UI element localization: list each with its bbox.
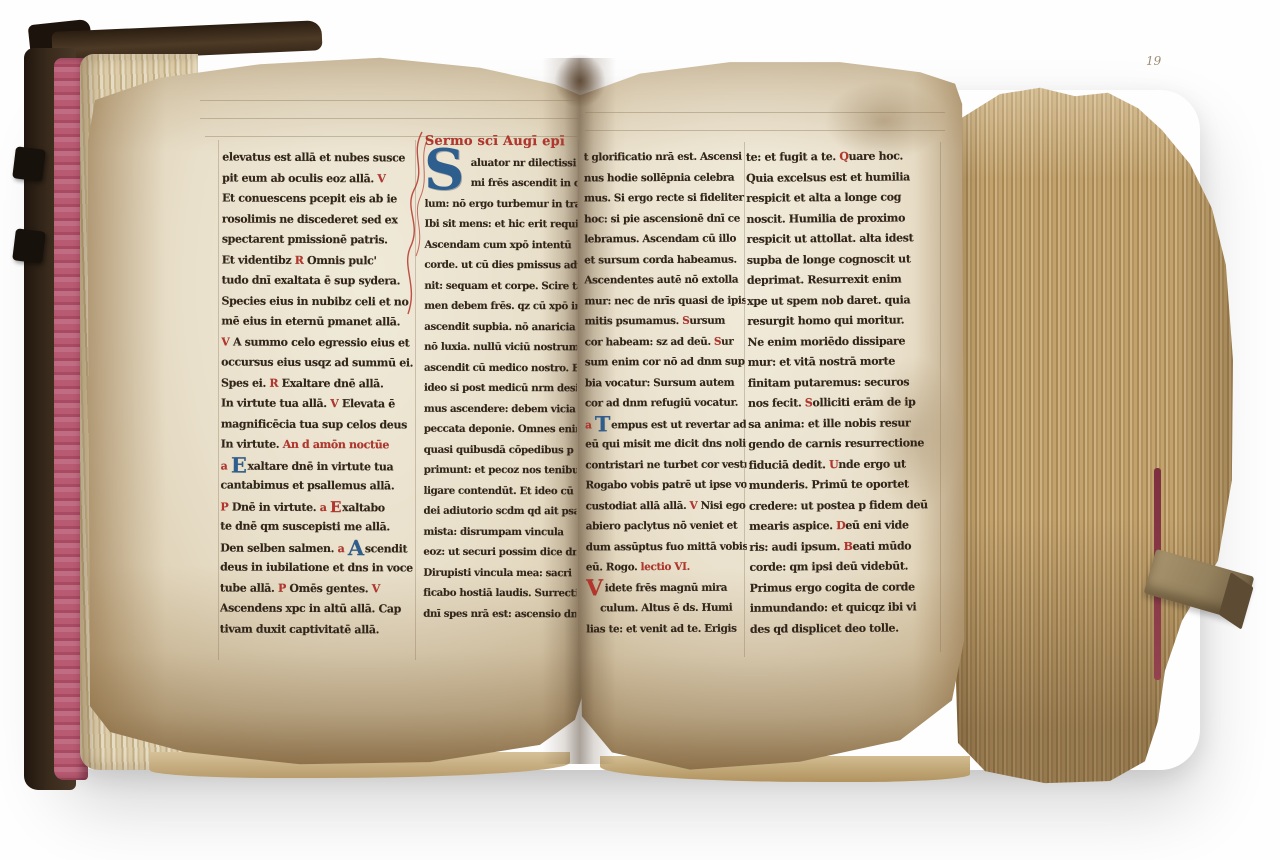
ink-text: nit: sequam et corpe. Scire ta (424, 279, 578, 292)
ink-text: Ascendens xpc in altū allā. Cap (220, 601, 401, 615)
ink-text: Species eius in nubibz celi et no (221, 294, 408, 308)
manuscript-text-line: rosolimis ne discederet sed ex (222, 209, 416, 231)
manuscript-text-line: te: et fugit a te. Quare hoc. (746, 146, 938, 168)
manuscript-text-line: abiero paclytus nō veniet et (586, 516, 747, 537)
rubric-text: D (836, 519, 845, 532)
ink-text: noscit. Humilia de proximo (746, 211, 905, 225)
strap-end-fold (1219, 572, 1254, 630)
ink-text: mur: et vitā nostrā morte (748, 355, 895, 369)
ink-text: finitam putaremus: securos (748, 375, 909, 389)
manuscript-text-line: hoc: si pie ascensionē dnī ce (584, 208, 745, 229)
manuscript-text-line: custodiat allā allā. V Nisi ego (586, 495, 747, 516)
manuscript-text-line: In virtute. An d amōn noctūe (221, 434, 415, 456)
ink-text: nō luxia. nullū viciū nostrum (424, 341, 578, 354)
manuscript-text-line: eū qui misit me dicit dns nolite (585, 434, 746, 455)
manuscript-text-line: Videte frēs magnū mira (586, 577, 747, 598)
ink-text: respicit et alta a longe cog (746, 190, 901, 204)
manuscript-text-line: finitam putaremus: securos (748, 372, 940, 394)
ink-text: tube allā. (220, 581, 278, 594)
manuscript-text-line: lum: nō ergo turbemur in tra. (425, 193, 578, 214)
ink-text: dnī spes nrā est: ascensio dnī (423, 607, 578, 620)
manuscript-text-line: deus in iubilatione et dns in voce (220, 557, 414, 579)
manuscript-text-line: ris: audi ipsum. Beati mūdo (749, 536, 941, 558)
ink-text: mē eius in eternū pmanet allā. (221, 314, 400, 328)
manuscript-text-line: Dirupisti vincula mea: sacri (423, 562, 576, 583)
ink-text: dum assūptus fuo mittā vobis (586, 540, 748, 553)
manuscript-text-line: Sermo scī Augī epī (425, 132, 578, 153)
manuscript-text-line: mur: et vitā nostrā morte (748, 351, 940, 373)
manuscript-text-line: inmundando: et quicqz ibi vi (750, 597, 942, 619)
manuscript-text-line: dei adiutorio scdm qd ait psal (424, 501, 577, 522)
manuscript-text-line: contristari ne turbet cor vestrū (585, 454, 746, 475)
manuscript-text-line: Ascendentes autē nō extolla (584, 270, 745, 291)
ink-text: Ascendam cum xpō intentū (424, 238, 571, 251)
ink-text: eoz: ut securi possim dice dnō. (423, 546, 577, 559)
ink-text: men debem frēs. qz cū xpō in (424, 300, 578, 313)
manuscript-text-line: eū. Rogo. lectio VI. (586, 557, 747, 578)
rubric-text: a (320, 501, 330, 514)
ink-text: mur: nec de nrīs quasi de ipis (584, 294, 747, 307)
manuscript-text-line: nos fecit. Solliciti erām de ip (748, 392, 940, 414)
ink-text: culum. Altus ē ds. Humi (600, 602, 732, 615)
manuscript-text-line: Spes ei. R Exaltare dnē allā. (221, 373, 415, 395)
ink-text: peccata deponie. Omnes enim (424, 423, 578, 436)
ink-text: Ascendentes autē nō extolla (584, 274, 738, 287)
ink-text: Rogabo vobis patrē ut ipse vos (585, 479, 747, 492)
rubric-text: B (844, 539, 853, 552)
ink-text: ligare contendūt. Et ideo cū (424, 484, 574, 497)
ink-text: eū qui misit me dicit dns nolite (585, 438, 747, 451)
ink-text: dei adiutorio scdm qd ait psal (424, 505, 578, 518)
ink-text: credere: ut postea p fidem deū (749, 498, 928, 513)
manuscript-text-line: supba de longe cognoscit ut (747, 249, 939, 271)
ink-text: Ibi sit mens: et hic erit requies. (425, 218, 578, 231)
ink-text: mi frēs ascendit in ce (471, 177, 578, 189)
ink-text: hoc: si pie ascensionē dnī ce (584, 212, 740, 225)
ink-text: eati mūdo (852, 539, 911, 553)
manuscript-text-line: des qd displicet deo tolle. (750, 618, 942, 640)
ink-text: scendit (365, 542, 407, 555)
manuscript-text-line: resurgit homo qui moritur. (747, 310, 939, 332)
ink-text: inmundando: et quicqz ibi vi (750, 600, 917, 614)
manuscript-text-line: nō luxia. nullū viciū nostrum (424, 337, 577, 358)
ink-text: empus est ut revertar ad (611, 418, 746, 431)
manuscript-text-line: ascendit supbia. nō anaricia (424, 316, 577, 337)
ink-text: quasi quibusdā cōpedibus p (424, 443, 574, 456)
manuscript-text-line: dnī spes nrā est: ascensio dnī (423, 603, 576, 624)
clasp-fitting (12, 228, 46, 263)
ink-text: corde. ut cū dies pmissus adve (424, 259, 577, 272)
ink-text: E (231, 452, 247, 477)
manuscript-text-line: munderis. Primū te oportet (749, 474, 941, 496)
ink-text: deus in iubilatione et dns in voce (220, 560, 413, 574)
manuscript-text-line: Primus ergo cogita de corde (750, 577, 942, 599)
manuscript-text-line: respicit ut attollat. alta idest (747, 228, 939, 250)
manuscript-text-line: bia vocatur: Sursum autem (585, 372, 746, 393)
ink-text: Quia excelsus est et humilia (746, 170, 910, 184)
ink-text: magnificēcia tua sup celos deus (221, 417, 407, 431)
manuscript-text-line: dum assūptus fuo mittā vobis (586, 536, 747, 557)
ink-text: idete frēs magnū mira (605, 581, 727, 594)
manuscript-text-line: corde: qm ipsi deū videbūt. (749, 556, 941, 578)
ink-text: mus. Si ergo recte si fideliter (584, 192, 744, 205)
ink-text: Exaltare dnē allā. (282, 376, 384, 390)
manuscript-text-line: deprimat. Resurrexit enim (747, 269, 939, 291)
ink-text: ascendit cū medico nostro. Et (424, 361, 578, 374)
manuscript-text-line: tivam duxit captivitatē allā. (220, 619, 414, 641)
ink-text: Omēs gentes. (289, 581, 371, 594)
ink-text: respicit ut attollat. alta idest (747, 231, 914, 245)
manuscript-text-line: fiduciā dedit. Unde ergo ut (748, 454, 940, 476)
ink-text: primunt: et pecoz nos tenibus (424, 464, 578, 477)
manuscript-text-line: Ne enim moriēdo dissipare (747, 331, 939, 353)
folio-number: 19 (1146, 54, 1161, 68)
ink-text: ficabo hostiā laudis. Surrectio (423, 587, 578, 600)
ink-text: custodiat allā allā. (586, 499, 690, 512)
ink-text: nus hodie sollēpnia celebra (584, 171, 734, 184)
ink-text: fiduciā dedit. (749, 458, 830, 472)
ink-text: A summo celo egressio eius et (233, 335, 409, 349)
ink-text: nos fecit. (748, 396, 805, 409)
manuscript-text-line: lias te: et venit ad te. Erigis (586, 618, 747, 639)
manuscript-text-line: credere: ut postea p fidem deū (749, 495, 941, 517)
rubric-text: V (330, 397, 342, 410)
ink-text: ur (721, 335, 733, 347)
ink-text: A (348, 535, 364, 560)
manuscript-text-line: Ascendens xpc in altū allā. Cap (220, 598, 414, 620)
ink-text: cor habeam: sz ad deū. (585, 335, 714, 348)
ink-text: Ne enim moriēdo dissipare (747, 334, 905, 348)
ink-text: contristari ne turbet cor vestrū (585, 458, 747, 471)
ink-text: ideo si post medicū nrm deside (424, 382, 578, 395)
manuscript-text-line: V A summo celo egressio eius et (221, 332, 415, 354)
rubric-text: R (295, 253, 307, 266)
manuscript-text-line: tudo dnī exaltata ē sup sydera. (222, 270, 416, 292)
ink-text: elevatus est allā et nubes susce (222, 150, 405, 164)
manuscript-text-line: corde. ut cū dies pmissus adve (424, 255, 577, 276)
manuscript-text-line: elevatus est allā et nubes susce (222, 147, 416, 169)
ink-text: Dnē in virtute. (232, 500, 320, 513)
ink-text: cantabimus et psallemus allā. (221, 478, 395, 492)
rubric-text: V (690, 499, 701, 511)
ruling-line (200, 100, 578, 101)
manuscript-text-line: Species eius in nubibz celi et no (221, 291, 415, 313)
ink-text: mista: disrumpam vincula (423, 525, 563, 537)
manuscript-text-line: mus ascendere: debem vicia et (424, 398, 577, 419)
ink-text: xaltabo (342, 501, 385, 514)
ink-text: nde ergo ut (838, 457, 906, 471)
manuscript-text-line: quasi quibusdā cōpedibus p (424, 439, 577, 460)
ruling-line (218, 140, 219, 660)
ink-text: Et conuescens pcepit eis ab ie (222, 191, 397, 205)
rubric-text: V (221, 335, 233, 348)
manuscript-text-line: mista: disrumpam vincula (423, 521, 576, 542)
rubric-text: a (221, 459, 231, 472)
ink-text: ursum (689, 315, 725, 327)
manuscript-text-line: men debem frēs. qz cū xpō in (424, 296, 577, 317)
manuscript-text-line: aluator nr dilectissi (425, 152, 578, 173)
ink-text: Nisi ego (701, 499, 746, 511)
ruling-line (578, 140, 579, 655)
manuscript-text-line: eoz: ut securi possim dice dnō. (423, 542, 576, 563)
ink-text: Elevata ē (342, 397, 395, 410)
manuscript-text-line: Rogabo vobis patrē ut ipse vos (585, 475, 746, 496)
manuscript-text-line: te dnē qm suscepisti me allā. (220, 516, 414, 538)
manuscript-text-line: ascendit cū medico nostro. Et (424, 357, 577, 378)
manuscript-text-line: ligare contendūt. Et ideo cū (424, 480, 577, 501)
manuscript-text-line: Et videntibz R Omnis pulc' (222, 250, 416, 272)
ink-text: mus ascendere: debem vicia et (424, 402, 578, 415)
ink-text: te dnē qm suscepisti me allā. (220, 519, 390, 533)
ink-text: T (595, 411, 610, 436)
manuscript-text-line: culum. Altus ē ds. Humi (586, 598, 747, 619)
ink-text: uare hoc. (848, 149, 903, 162)
ink-text: des qd displicet deo tolle. (750, 621, 899, 635)
rubric-text: P (220, 500, 231, 513)
ink-text: eū. Rogo. (586, 561, 641, 573)
left-page-column-1: elevatus est allā et nubes suscepit eum … (220, 147, 417, 648)
rubric-text: S (682, 315, 689, 327)
rubric-text: U (829, 458, 838, 471)
rubric-text: Q (839, 150, 848, 163)
manuscript-text-line: nus hodie sollēpnia celebra (584, 167, 745, 188)
ink-text: lum: nō ergo turbemur in tra. (425, 197, 578, 210)
ink-text: Den selben salmen. (220, 541, 337, 555)
manuscript-text-line: gendo de carnis resurrectione (748, 433, 940, 455)
manuscript-text-line: sum enim cor nō ad dnm sup (585, 352, 746, 373)
ink-text: occursus eius usqz ad summū ei. (221, 355, 413, 369)
manuscript-text-line: xpe ut spem nob daret. quia (747, 290, 939, 312)
manuscript-text-line: peccata deponie. Omnes enim (424, 419, 577, 440)
rubric-text: An d amōn noctūe (283, 438, 389, 452)
manuscript-text-line: In virtute tua allā. V Elevata ē (221, 393, 415, 415)
rubric-text: V (372, 582, 380, 595)
rubric-text: a (585, 419, 595, 431)
clasp-fitting (12, 146, 46, 181)
manuscript-text-line: sa anima: et ille nobis resur (748, 413, 940, 435)
ruling-line (200, 118, 578, 119)
ink-text: V (586, 575, 603, 601)
manuscript-text-line: et sursum corda habeamus. (584, 249, 745, 270)
ink-text: munderis. Primū te oportet (749, 477, 909, 491)
manuscript-text-line: nit: sequam et corpe. Scire ta (424, 275, 577, 296)
ink-text: In virtute tua allā. (221, 396, 330, 410)
manuscript-text-line: cor habeam: sz ad deū. Sur (585, 331, 746, 352)
manuscript-text-line: tube allā. P Omēs gentes. V (220, 578, 414, 600)
manuscript-text-line: mus. Si ergo recte si fideliter (584, 188, 745, 209)
rubric-text: Sermo scī Augī epī (425, 134, 565, 149)
ink-text: mearis aspice. (749, 519, 836, 533)
ink-text: Primus ergo cogita de corde (750, 580, 915, 594)
manuscript-text-line: pit eum ab oculis eoz allā. V (222, 168, 416, 190)
ruling-line (585, 112, 945, 113)
rubric-text: lectio VI. (641, 561, 690, 573)
ink-text: Omnis pulc' (307, 253, 377, 266)
manuscript-text-line: Ascendam cum xpō intentū (424, 234, 577, 255)
ink-text: E (330, 498, 341, 516)
ink-text: spectarent pmissionē patris. (222, 232, 388, 246)
ink-text: cor ad dnm refugiū vocatur. (585, 397, 738, 410)
manuscript-text-line: mi frēs ascendit in ce (425, 173, 578, 194)
manuscript-text-line: magnificēcia tua sup celos deus (221, 414, 415, 436)
manuscript-text-line: mē eius in eternū pmanet allā. (221, 311, 415, 333)
right-page-column-2: te: et fugit a te. Quare hoc.Quia excels… (746, 146, 942, 653)
manuscript-text-line: primunt: et pecoz nos tenibus (424, 460, 577, 481)
manuscript-text-line: cantabimus et psallemus allā. (220, 475, 414, 497)
manuscript-text-line: Et conuescens pcepit eis ab ie (222, 188, 416, 210)
ink-text: rosolimis ne discederet sed ex (222, 212, 398, 226)
ink-text: sa anima: et ille nobis resur (748, 416, 910, 430)
manuscript-text-line: P Dnē in virtute. a Exaltabo (220, 496, 414, 518)
ink-text: deprimat. Resurrexit enim (747, 272, 902, 286)
ink-text: xaltare dnē in virtute tua (248, 459, 394, 473)
manuscript-text-line: mearis aspice. Deū eni vide (749, 515, 941, 537)
manuscript-text-line: spectarent pmissionē patris. (222, 229, 416, 251)
ink-text: pit eum ab oculis eoz allā. (222, 171, 377, 185)
ink-text: abiero paclytus nō veniet et (586, 520, 738, 533)
ink-text: Spes ei. (221, 376, 269, 389)
ink-text: Dirupisti vincula mea: sacri (423, 566, 571, 579)
manuscript-text-line: ficabo hostiā laudis. Surrectio (423, 583, 576, 604)
right-page-column-1: t glorificatio nrā est. Ascensinus hodie… (584, 147, 748, 648)
ink-text: eū eni vide (845, 518, 908, 532)
manuscript-text-line: Ibi sit mens: et hic erit requies. (425, 214, 578, 235)
manuscript-text-line: noscit. Humilia de proximo (746, 208, 938, 230)
manuscript-text-line: lebramus. Ascendam cū illo (584, 229, 745, 250)
ink-text: resurgit homo qui moritur. (747, 313, 904, 327)
rubric-text: R (269, 376, 281, 389)
ink-text: mitis psumamus. (585, 315, 683, 328)
ink-text: sum enim cor nō ad dnm sup (585, 356, 745, 369)
manuscript-text-line: t glorificatio nrā est. Ascensi (584, 147, 745, 168)
rubric-text: P (278, 581, 289, 594)
ink-text: tudo dnī exaltata ē sup sydera. (222, 273, 401, 287)
ink-text: t glorificatio nrā est. Ascensi (584, 151, 742, 164)
manuscript-text-line: occursus eius usqz ad summū ei. (221, 352, 415, 374)
ink-text: supba de longe cognoscit ut (747, 252, 911, 266)
manuscript-text-line: a Tempus est ut revertar ad (585, 413, 746, 434)
ink-text: ris: audi ipsum. (749, 540, 843, 554)
manuscript-text-line: Quia excelsus est et humilia (746, 167, 938, 189)
rubric-text: V (377, 172, 385, 185)
manuscript-text-line: ideo si post medicū nrm deside (424, 378, 577, 399)
manuscript-text-line: Den selben salmen. a Ascendit (220, 537, 414, 559)
left-page-column-2: Sermo scī Augī epīaluator nr dilectissim… (423, 132, 578, 638)
manuscript-text-line: respicit et alta a longe cog (746, 187, 938, 209)
ink-text: In virtute. (221, 437, 283, 450)
ink-text: aluator nr dilectissi (471, 156, 576, 168)
ink-text: xpe ut spem nob daret. quia (747, 293, 910, 307)
ink-text: olliciti erām de ip (812, 395, 915, 409)
manuscript-text-line: mitis psumamus. Sursum (585, 311, 746, 332)
manuscript-text-line: mur: nec de nrīs quasi de ipis (584, 290, 745, 311)
ink-text: lebramus. Ascendam cū illo (584, 233, 736, 246)
ink-text: tivam duxit captivitatē allā. (220, 622, 379, 636)
ink-text: ascendit supbia. nō anaricia (424, 320, 575, 333)
ink-text: bia vocatur: Sursum autem (585, 376, 734, 389)
ink-text: et sursum corda habeamus. (584, 253, 736, 266)
ink-text: te: et fugit a te. (746, 150, 840, 164)
manuscript-text-line: a Exaltare dnē in virtute tua (221, 455, 415, 477)
ink-text: gendo de carnis resurrectione (748, 436, 924, 451)
ruling-line (585, 130, 945, 131)
ink-text: corde: qm ipsi deū videbūt. (749, 559, 908, 573)
ink-text: lias te: et venit ad te. Erigis (586, 622, 736, 635)
ink-text: Et videntibz (222, 253, 295, 266)
rubric-text: a (338, 542, 348, 555)
